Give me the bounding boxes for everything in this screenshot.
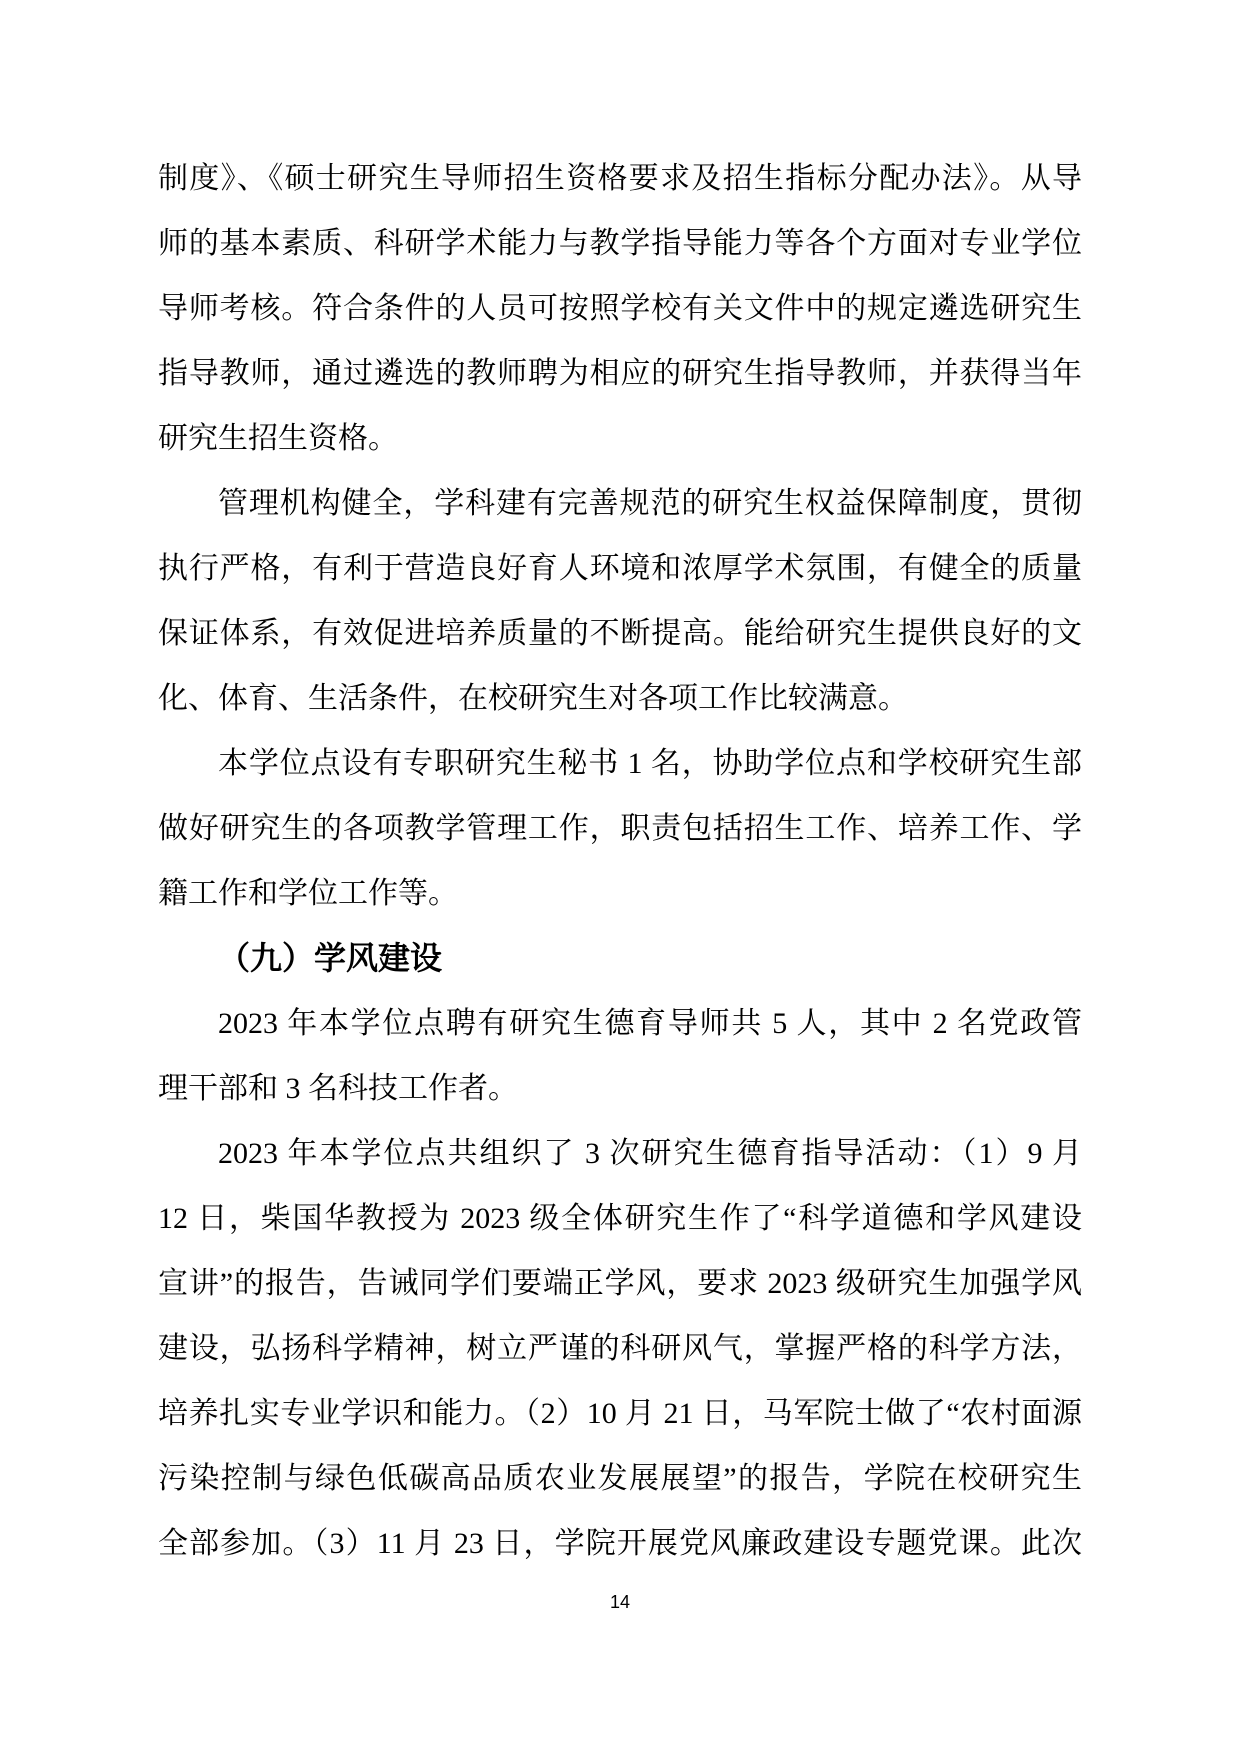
text-line: 污染控制与绿色低碳高品质农业发展展望”的报告，学院在校研究生 <box>158 1446 1082 1511</box>
text-line: 本学位点设有专职研究生秘书 1 名，协助学位点和学校研究生部 <box>158 731 1082 796</box>
text-line: 籍工作和学位工作等。 <box>158 861 1082 926</box>
text-line: 12 日，柴国华教授为 2023 级全体研究生作了“科学道德和学风建设 <box>158 1186 1082 1251</box>
text-line: 2023 年本学位点共组织了 3 次研究生德育指导活动：（1）9 月 <box>158 1121 1082 1186</box>
text-line: 宣讲”的报告，告诫同学们要端正学风，要求 2023 级研究生加强学风 <box>158 1251 1082 1316</box>
text-line: 师的基本素质、科研学术能力与教学指导能力等各个方面对专业学位 <box>158 211 1082 276</box>
page-footer: 14 <box>0 1592 1240 1613</box>
text-line: 执行严格，有利于营造良好育人环境和浓厚学术氛围，有健全的质量 <box>158 536 1082 601</box>
text-line: 2023 年本学位点聘有研究生德育导师共 5 人，其中 2 名党政管 <box>158 991 1082 1056</box>
page-number: 14 <box>610 1592 630 1612</box>
text-line: 建设，弘扬科学精神，树立严谨的科研风气，掌握严格的科学方法， <box>158 1316 1082 1381</box>
text-line: 管理机构健全，学科建有完善规范的研究生权益保障制度，贯彻 <box>158 471 1082 536</box>
section-heading: （九）学风建设 <box>158 926 1082 991</box>
text-line: 指导教师，通过遴选的教师聘为相应的研究生指导教师，并获得当年 <box>158 341 1082 406</box>
text-line: 化、体育、生活条件，在校研究生对各项工作比较满意。 <box>158 666 1082 731</box>
document-page: 制度》、《硕士研究生导师招生资格要求及招生指标分配办法》。从导 师的基本素质、科… <box>0 0 1240 1753</box>
text-line: 做好研究生的各项教学管理工作，职责包括招生工作、培养工作、学 <box>158 796 1082 861</box>
text-line: 研究生招生资格。 <box>158 406 1082 471</box>
text-line: 全部参加。（3）11 月 23 日，学院开展党风廉政建设专题党课。此次 <box>158 1511 1082 1576</box>
text-line: 制度》、《硕士研究生导师招生资格要求及招生指标分配办法》。从导 <box>158 146 1082 211</box>
text-line: 保证体系，有效促进培养质量的不断提高。能给研究生提供良好的文 <box>158 601 1082 666</box>
document-body: 制度》、《硕士研究生导师招生资格要求及招生指标分配办法》。从导 师的基本素质、科… <box>158 146 1082 1576</box>
text-line: 理干部和 3 名科技工作者。 <box>158 1056 1082 1121</box>
text-line: 导师考核。符合条件的人员可按照学校有关文件中的规定遴选研究生 <box>158 276 1082 341</box>
text-line: 培养扎实专业学识和能力。（2）10 月 21 日，马军院士做了“农村面源 <box>158 1381 1082 1446</box>
